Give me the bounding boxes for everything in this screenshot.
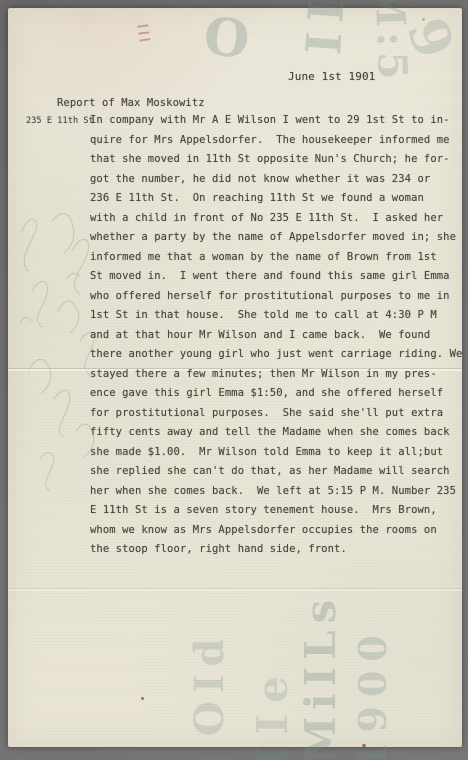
ghost-stamp-letter: O <box>201 6 256 72</box>
paper-speck <box>422 18 425 21</box>
ghost-stamp-letter: 9 <box>394 9 467 66</box>
red-ink-mark <box>137 20 151 41</box>
report-title: Report of Max Moskowitz <box>57 97 205 109</box>
ghost-stamp-letter: MiILs <box>296 563 345 760</box>
ghost-stamp-letter: OId <box>186 586 233 736</box>
paper-speck <box>141 697 144 700</box>
margin-note-address: 235 E 11th St <box>26 116 94 126</box>
ghost-stamp-letter: IIe <box>248 591 297 760</box>
report-body-text: In company with Mr A E Wilson I went to … <box>90 111 462 560</box>
paper-speck <box>362 744 366 747</box>
fold-crease <box>8 588 462 591</box>
ghost-stamp-letter: II <box>292 0 352 66</box>
ghost-stamp-letter: 1900 <box>350 578 395 760</box>
document-page: O II M:5 9 MiILs 1900 OId IIe June 1st 1… <box>8 8 462 747</box>
document-date: June 1st 1901 <box>288 70 375 83</box>
